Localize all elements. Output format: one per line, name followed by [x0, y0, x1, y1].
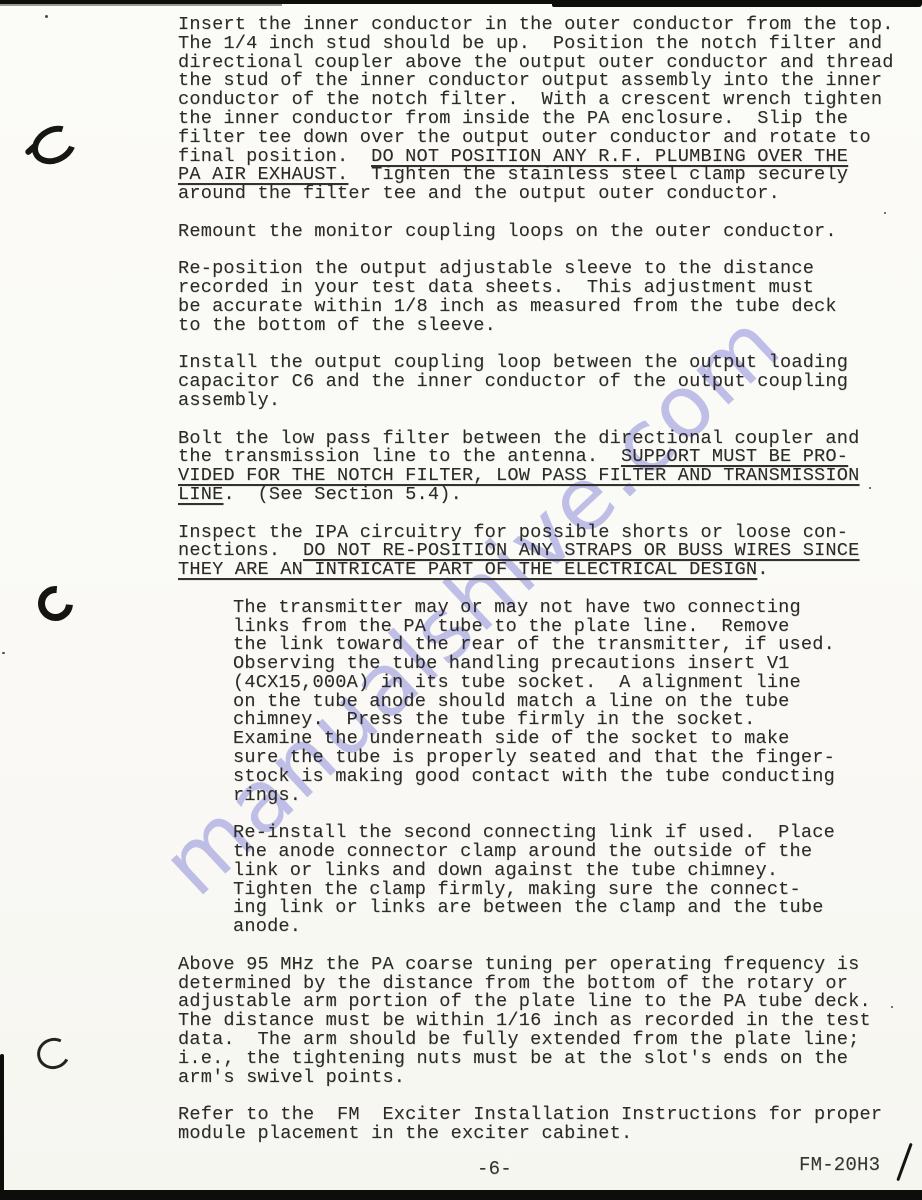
paragraph: Re-install the second connecting link if…: [233, 824, 920, 937]
doc-code: FM-20H3: [799, 1154, 880, 1176]
paragraph: Inspect the IPA circuitry for possible s…: [178, 524, 920, 580]
page-number: -6-: [477, 1158, 512, 1180]
scan-edge-bottom: [0, 1190, 922, 1200]
punch-ring-top: [25, 118, 83, 171]
scan-edge-left: [0, 1054, 4, 1200]
punch-ring-bottom: [33, 1034, 74, 1074]
paragraph: Bolt the low pass filter between the dir…: [178, 430, 920, 505]
paragraph: Remount the monitor coupling loops on th…: [178, 223, 920, 242]
paragraph: Refer to the FM Exciter Installation Ins…: [178, 1106, 920, 1144]
scan-edge-top-thick: [552, 0, 922, 7]
scan-speck: [45, 15, 48, 18]
paragraph: Install the output coupling loop between…: [178, 354, 920, 410]
paragraph: Re-position the output adjustable sleeve…: [178, 260, 920, 335]
paragraph: The transmitter may or may not have two …: [233, 599, 920, 806]
scan-speck: [2, 652, 5, 654]
scanned-page: manualshive.com Insert the inner conduct…: [0, 0, 922, 1200]
document-body: Insert the inner conductor in the outer …: [178, 16, 920, 1163]
punch-ring-middle: [31, 579, 80, 628]
paragraph: Above 95 MHz the PA coarse tuning per op…: [178, 956, 920, 1088]
paragraph: Insert the inner conductor in the outer …: [178, 16, 920, 204]
